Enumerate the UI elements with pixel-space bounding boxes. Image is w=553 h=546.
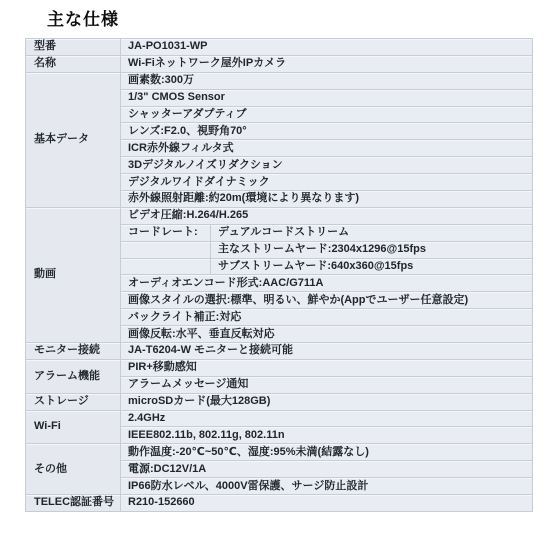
spec-value: IEEE802.11b, 802.11g, 802.11n <box>121 427 533 444</box>
spec-value: 画像反転:水平、垂直反転対応 <box>121 326 533 343</box>
spec-table: 型番JA-PO1031-WP名称Wi-Fiネットワーク屋外IPカメラ基本データ画… <box>25 38 533 512</box>
spec-sub-value: デュアルコードストリーム <box>211 224 533 241</box>
spec-group-label: 名称 <box>26 55 121 72</box>
spec-value: 動作温度:-20℃~50℃、湿度:95%未満(結露なし) <box>121 444 533 461</box>
page-title: 主な仕様 <box>47 5 119 30</box>
spec-value: バックライト補正:対応 <box>121 309 533 326</box>
spec-sub-label <box>121 258 211 275</box>
spec-group-label: アラーム機能 <box>26 359 121 393</box>
spec-row: アラーム機能PIR+移動感知 <box>26 359 533 376</box>
spec-value: デジタルワイドダイナミック <box>121 174 533 191</box>
spec-value: 2.4GHz <box>121 410 533 427</box>
spec-table-body: 型番JA-PO1031-WP名称Wi-Fiネットワーク屋外IPカメラ基本データ画… <box>26 39 533 512</box>
spec-row: その他動作温度:-20℃~50℃、湿度:95%未満(結露なし) <box>26 444 533 461</box>
spec-value: 1/3" CMOS Sensor <box>121 89 533 106</box>
spec-group-label: 型番 <box>26 39 121 56</box>
spec-value: JA-T6204-W モニターと接続可能 <box>121 343 533 360</box>
spec-sub-label <box>121 241 211 258</box>
spec-group-label: Wi-Fi <box>26 410 121 444</box>
spec-group-label: 動画 <box>26 207 121 342</box>
spec-row: 基本データ画素数:300万 <box>26 72 533 89</box>
spec-value: JA-PO1031-WP <box>121 39 533 56</box>
spec-value: ビデオ圧縮:H.264/H.265 <box>121 207 533 224</box>
spec-value: PIR+移動感知 <box>121 359 533 376</box>
spec-row: 動画ビデオ圧縮:H.264/H.265 <box>26 207 533 224</box>
spec-value: 赤外線照射距離:約20m(環境により異なります) <box>121 191 533 208</box>
spec-value: 電源:DC12V/1A <box>121 461 533 478</box>
spec-row: 型番JA-PO1031-WP <box>26 39 533 56</box>
spec-sub-value: 主なストリームヤード:2304x1296@15fps <box>211 241 533 258</box>
spec-value: 3Dデジタルノイズリダクション <box>121 157 533 174</box>
spec-value: Wi-Fiネットワーク屋外IPカメラ <box>121 55 533 72</box>
spec-value: R210-152660 <box>121 495 533 512</box>
spec-value: ICR赤外線フィルタ式 <box>121 140 533 157</box>
spec-value: オーディオエンコード形式:AAC/G711A <box>121 275 533 292</box>
spec-value: レンズ:F2.0、視野角70° <box>121 123 533 140</box>
spec-value: 画像スタイルの選択:標準、明るい、鮮やか(Appでユーザー任意設定) <box>121 292 533 309</box>
spec-group-label: ストレージ <box>26 393 121 410</box>
spec-sub-label: コードレート: <box>121 224 211 241</box>
spec-value: IP66防水レベル、4000V雷保護、サージ防止設計 <box>121 478 533 495</box>
spec-value: 画素数:300万 <box>121 72 533 89</box>
spec-row: モニター接続JA-T6204-W モニターと接続可能 <box>26 343 533 360</box>
spec-value: microSDカード(最大128GB) <box>121 393 533 410</box>
spec-value: シャッターアダプティブ <box>121 106 533 123</box>
spec-page: 主な仕様 型番JA-PO1031-WP名称Wi-Fiネットワーク屋外IPカメラ基… <box>0 0 553 546</box>
spec-row: Wi-Fi2.4GHz <box>26 410 533 427</box>
spec-group-label: TELEC認証番号 <box>26 495 121 512</box>
spec-sub-value: サブストリームヤード:640x360@15fps <box>211 258 533 275</box>
spec-group-label: 基本データ <box>26 72 121 207</box>
spec-row: 名称Wi-Fiネットワーク屋外IPカメラ <box>26 55 533 72</box>
spec-value: アラームメッセージ通知 <box>121 376 533 393</box>
spec-group-label: その他 <box>26 444 121 495</box>
spec-group-label: モニター接続 <box>26 343 121 360</box>
spec-row: TELEC認証番号R210-152660 <box>26 495 533 512</box>
spec-row: ストレージmicroSDカード(最大128GB) <box>26 393 533 410</box>
